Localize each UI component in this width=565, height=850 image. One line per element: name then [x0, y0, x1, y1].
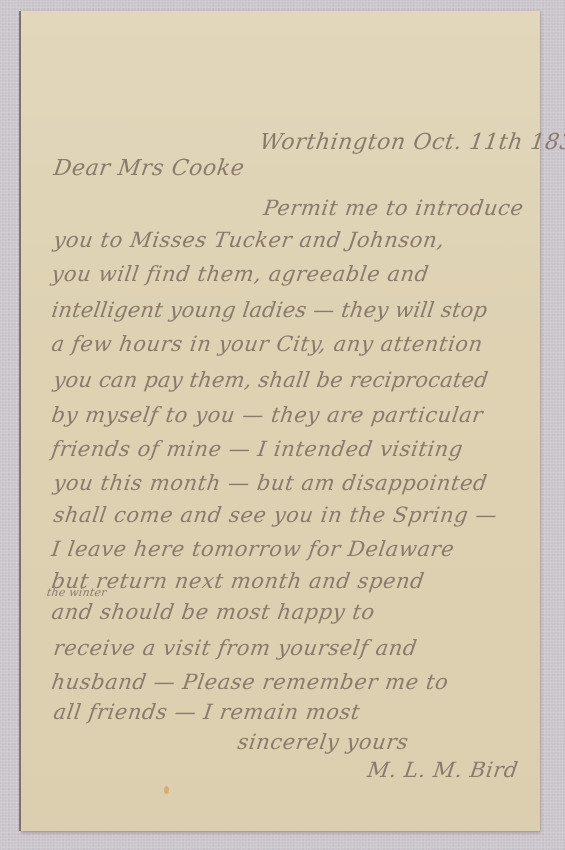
- letter-line-7: by myself to you — they are particular: [50, 403, 485, 427]
- letter-line-14: receive a visit from yourself and: [52, 636, 419, 660]
- letter-line-1: Permit me to introduce: [262, 196, 525, 220]
- letter-line-13: and should be most happy to: [50, 600, 377, 624]
- place-date: Worthington Oct. 11th 1838: [258, 130, 565, 155]
- paper-stain: [164, 786, 169, 794]
- letter-line-3: you will find them, agreeable and: [50, 262, 431, 286]
- letter-line-8: friends of mine — I intended visiting: [50, 437, 465, 461]
- insertion-note: the winter: [46, 586, 108, 599]
- letter-line-2: you to Misses Tucker and Johnson,: [52, 228, 446, 252]
- letter-line-9: you this month — but am disappointed: [52, 471, 489, 495]
- letter-line-16: all friends — I remain most: [52, 700, 362, 724]
- letter-line-5: a few hours in your City, any attention: [50, 332, 485, 356]
- letter-line-6: you can pay them, shall be reciprocated: [52, 368, 490, 392]
- letter-line-11: I leave here tomorrow for Delaware: [50, 537, 456, 561]
- signature: M. L. M. Bird: [366, 758, 520, 782]
- letter-line-10: shall come and see you in the Spring —: [52, 503, 499, 527]
- letter-line-4: intelligent young ladies — they will sto…: [50, 298, 489, 322]
- letter-line-15: husband — Please remember me to: [50, 670, 450, 694]
- closing: sincerely yours: [236, 730, 410, 754]
- salutation: Dear Mrs Cooke: [52, 156, 246, 181]
